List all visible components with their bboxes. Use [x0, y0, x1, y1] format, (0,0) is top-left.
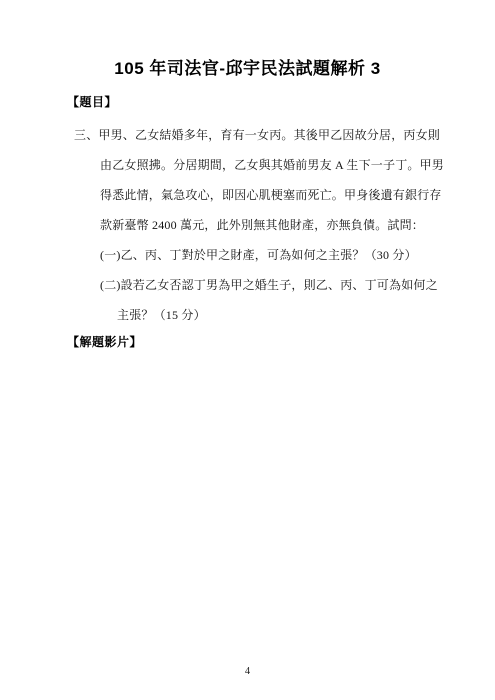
page-number: 4	[0, 665, 495, 679]
question-line-2: 由乙女照拂。分居期間，乙女與其婚前男友 A 生下一子丁。甲男	[0, 150, 495, 180]
question-line-7: 主張？（15 分）	[0, 300, 495, 330]
video-section-label: 【解題影片】	[67, 334, 142, 350]
question-line-1: 三、甲男、乙女結婚多年，育有一女丙。其後甲乙因故分居，丙女則	[0, 120, 495, 150]
question-paragraph: 三、甲男、乙女結婚多年，育有一女丙。其後甲乙因故分居，丙女則 由乙女照拂。分居期…	[0, 120, 495, 330]
question-section-label: 【題目】	[67, 94, 117, 110]
question-line-4: 款新臺幣 2400 萬元，此外別無其他財產，亦無負債。試問：	[0, 210, 495, 240]
document-title: 105 年司法官-邱宇民法試題解析 3	[0, 57, 495, 81]
question-line-6: (二)設若乙女否認丁男為甲之婚生子，則乙、丙、丁可為如何之	[0, 270, 495, 300]
document-page: 105 年司法官-邱宇民法試題解析 3 【題目】 三、甲男、乙女結婚多年，育有一…	[0, 0, 495, 700]
question-line-3: 得悉此情，氣急攻心，即因心肌梗塞而死亡。甲身後遺有銀行存	[0, 180, 495, 210]
question-line-5: (一)乙、丙、丁對於甲之財產，可為如何之主張？（30 分）	[0, 240, 495, 270]
